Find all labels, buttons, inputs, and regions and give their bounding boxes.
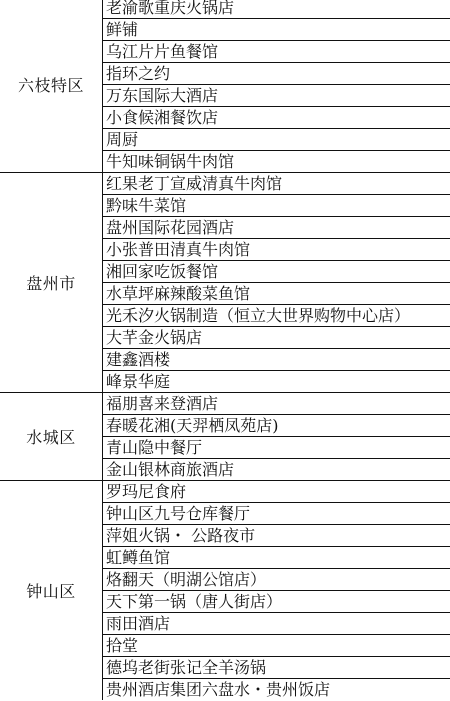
restaurant-list: 福朋喜来登酒店春暖花湘(天羿栖凤苑店)青山隐中餐厅金山银林商旅酒店 — [103, 393, 450, 480]
restaurant-row: 贵州酒店集团六盘水・贵州饭店 — [103, 679, 450, 700]
district-cell: 钟山区 — [0, 481, 103, 700]
restaurant-list: 老渝歌重庆火锅店鲜铺乌江片片鱼餐馆指环之约万东国际大酒店小食候湘餐饮店周厨牛知味… — [103, 0, 450, 172]
district-group: 钟山区罗玛尼食府钟山区九号仓库餐厅萍姐火锅・ 公路夜市虹鳟鱼馆烙翻天（明湖公馆店… — [0, 481, 450, 700]
restaurant-row: 青山隐中餐厅 — [103, 437, 450, 459]
district-group: 盘州市红果老丁宣威清真牛肉馆黔味牛菜馆盘州国际花园酒店小张普田清真牛肉馆湘回家吃… — [0, 173, 450, 393]
restaurant-row: 水草坪麻辣酸菜鱼馆 — [103, 283, 450, 305]
district-cell: 盘州市 — [0, 173, 103, 392]
restaurant-row: 盘州国际花园酒店 — [103, 217, 450, 239]
restaurant-row: 金山银林商旅酒店 — [103, 459, 450, 480]
restaurant-row: 光禾汐火锅制造（恒立大世界购物中心店） — [103, 305, 450, 327]
restaurant-row: 建鑫酒楼 — [103, 349, 450, 371]
restaurant-row: 小张普田清真牛肉馆 — [103, 239, 450, 261]
restaurant-row: 拾堂 — [103, 635, 450, 657]
restaurant-row: 鲜铺 — [103, 19, 450, 41]
district-group: 六枝特区老渝歌重庆火锅店鲜铺乌江片片鱼餐馆指环之约万东国际大酒店小食候湘餐饮店周… — [0, 0, 450, 173]
restaurant-row: 钟山区九号仓库餐厅 — [103, 503, 450, 525]
restaurant-row: 牛知味铜锅牛肉馆 — [103, 151, 450, 172]
restaurant-row: 黔味牛菜馆 — [103, 195, 450, 217]
restaurant-row: 峰景华庭 — [103, 371, 450, 392]
restaurant-row: 烙翻天（明湖公馆店） — [103, 569, 450, 591]
restaurant-row: 万东国际大酒店 — [103, 85, 450, 107]
restaurant-row: 罗玛尼食府 — [103, 481, 450, 503]
restaurant-row: 指环之约 — [103, 63, 450, 85]
district-cell: 水城区 — [0, 393, 103, 480]
restaurant-row: 乌江片片鱼餐馆 — [103, 41, 450, 63]
restaurant-row: 德坞老街张记全羊汤锅 — [103, 657, 450, 679]
district-group: 水城区福朋喜来登酒店春暖花湘(天羿栖凤苑店)青山隐中餐厅金山银林商旅酒店 — [0, 393, 450, 481]
restaurant-row: 雨田酒店 — [103, 613, 450, 635]
restaurant-row: 萍姐火锅・ 公路夜市 — [103, 525, 450, 547]
restaurant-row: 虹鳟鱼馆 — [103, 547, 450, 569]
restaurant-row: 天下第一锅（唐人街店） — [103, 591, 450, 613]
restaurant-row: 大芊金火锅店 — [103, 327, 450, 349]
restaurant-list: 罗玛尼食府钟山区九号仓库餐厅萍姐火锅・ 公路夜市虹鳟鱼馆烙翻天（明湖公馆店）天下… — [103, 481, 450, 700]
restaurant-row: 老渝歌重庆火锅店 — [103, 0, 450, 19]
restaurant-table: 六枝特区老渝歌重庆火锅店鲜铺乌江片片鱼餐馆指环之约万东国际大酒店小食候湘餐饮店周… — [0, 0, 450, 700]
restaurant-list: 红果老丁宣威清真牛肉馆黔味牛菜馆盘州国际花园酒店小张普田清真牛肉馆湘回家吃饭餐馆… — [103, 173, 450, 392]
district-cell: 六枝特区 — [0, 0, 103, 172]
restaurant-row: 周厨 — [103, 129, 450, 151]
restaurant-row: 红果老丁宣威清真牛肉馆 — [103, 173, 450, 195]
restaurant-row: 湘回家吃饭餐馆 — [103, 261, 450, 283]
restaurant-row: 春暖花湘(天羿栖凤苑店) — [103, 415, 450, 437]
restaurant-row: 福朋喜来登酒店 — [103, 393, 450, 415]
restaurant-row: 小食候湘餐饮店 — [103, 107, 450, 129]
